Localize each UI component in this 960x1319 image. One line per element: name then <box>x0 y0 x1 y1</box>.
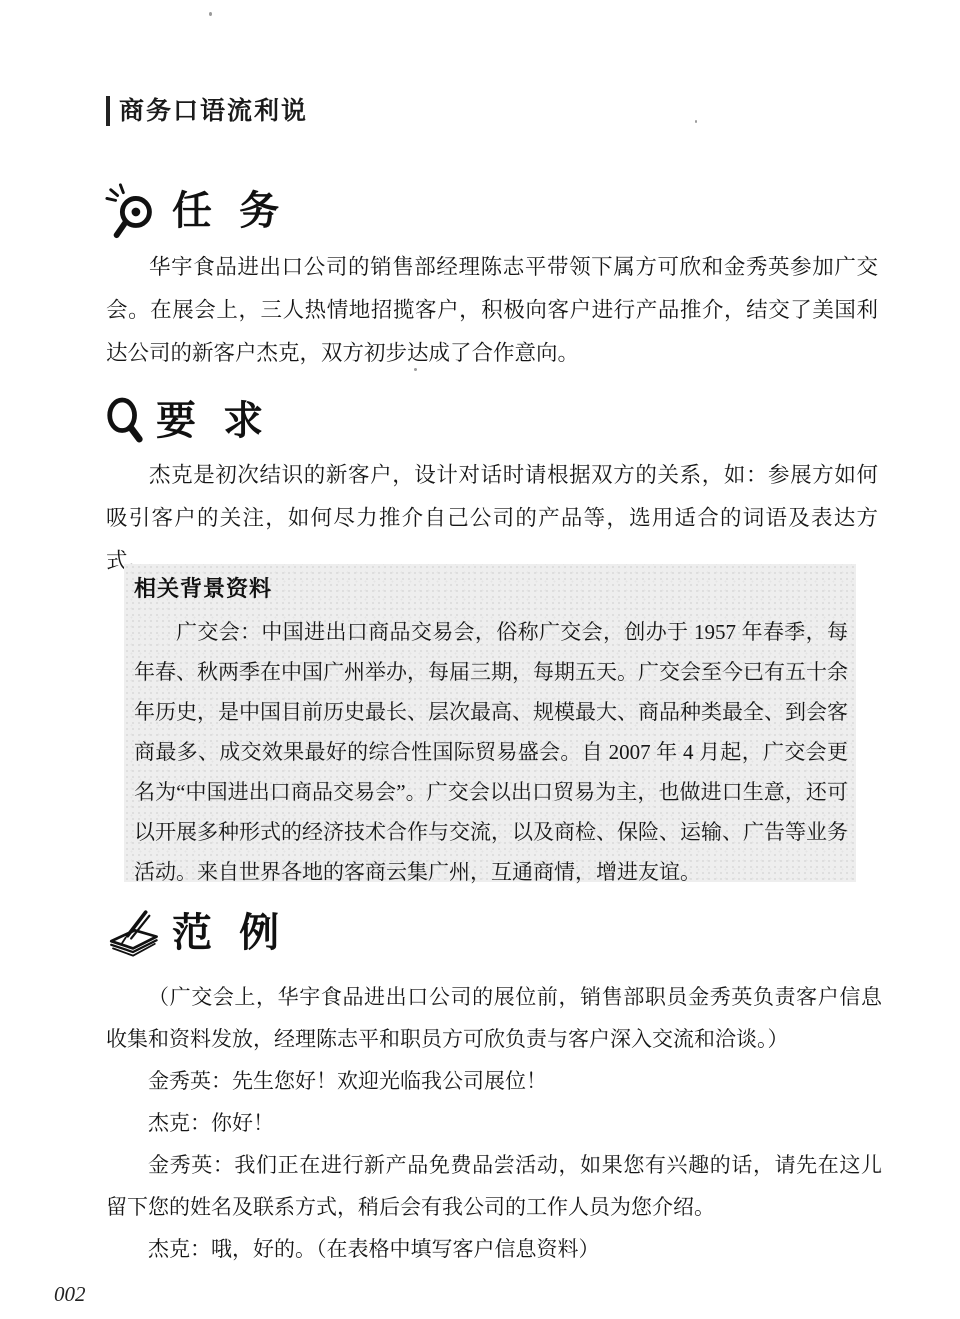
scan-speck <box>695 120 697 123</box>
section-title-example: 范 例 <box>172 910 280 956</box>
section-heading-requirement: 要 求 <box>104 396 264 446</box>
dialog-line: 杰克：哦，好的。（在表格中填写客户信息资料） <box>106 1228 882 1270</box>
task-paragraph: 华宇食品进出口公司的销售部经理陈志平带领下属方可欣和金秀英参加广交会。在展会上，… <box>106 246 878 375</box>
writing-notes-icon <box>104 906 162 960</box>
scan-speck <box>209 12 212 16</box>
background-box-title: 相关背景资料 <box>134 574 848 604</box>
stage-direction: （广交会上，华宇食品进出口公司的展位前，销售部职员金秀英负责客户信息收集和资料发… <box>106 976 882 1060</box>
magnifier-target-icon <box>104 182 162 240</box>
section-title-task: 任 务 <box>172 188 280 234</box>
dialog-line: 金秀英：我们正在进行新产品免费品尝活动，如果您有兴趣的话，请先在这儿留下您的姓名… <box>106 1144 882 1228</box>
magnifier-icon <box>104 396 146 446</box>
scan-speck <box>414 368 417 371</box>
section-title-requirement: 要 求 <box>156 398 264 444</box>
background-info-box: 相关背景资料 广交会：中国进出口商品交易会，俗称广交会，创办于 1957 年春季… <box>124 564 856 882</box>
dialog-line: 杰克：你好！ <box>106 1102 882 1144</box>
dialog-line: 金秀英：先生您好！欢迎光临我公司展位！ <box>106 1060 882 1102</box>
section-heading-example: 范 例 <box>104 906 280 960</box>
example-dialog: （广交会上，华宇食品进出口公司的展位前，销售部职员金秀英负责客户信息收集和资料发… <box>106 976 882 1270</box>
background-box-body: 广交会：中国进出口商品交易会，俗称广交会，创办于 1957 年春季，每年春、秋两… <box>134 612 848 892</box>
page-number: 002 <box>54 1282 86 1307</box>
book-page: 商务口语流利说 任 务 华宇食品进出口公司的销售部经理陈志平带领下属方可欣和金秀… <box>0 0 960 1319</box>
running-head: 商务口语流利说 <box>106 96 308 126</box>
section-heading-task: 任 务 <box>104 182 280 240</box>
